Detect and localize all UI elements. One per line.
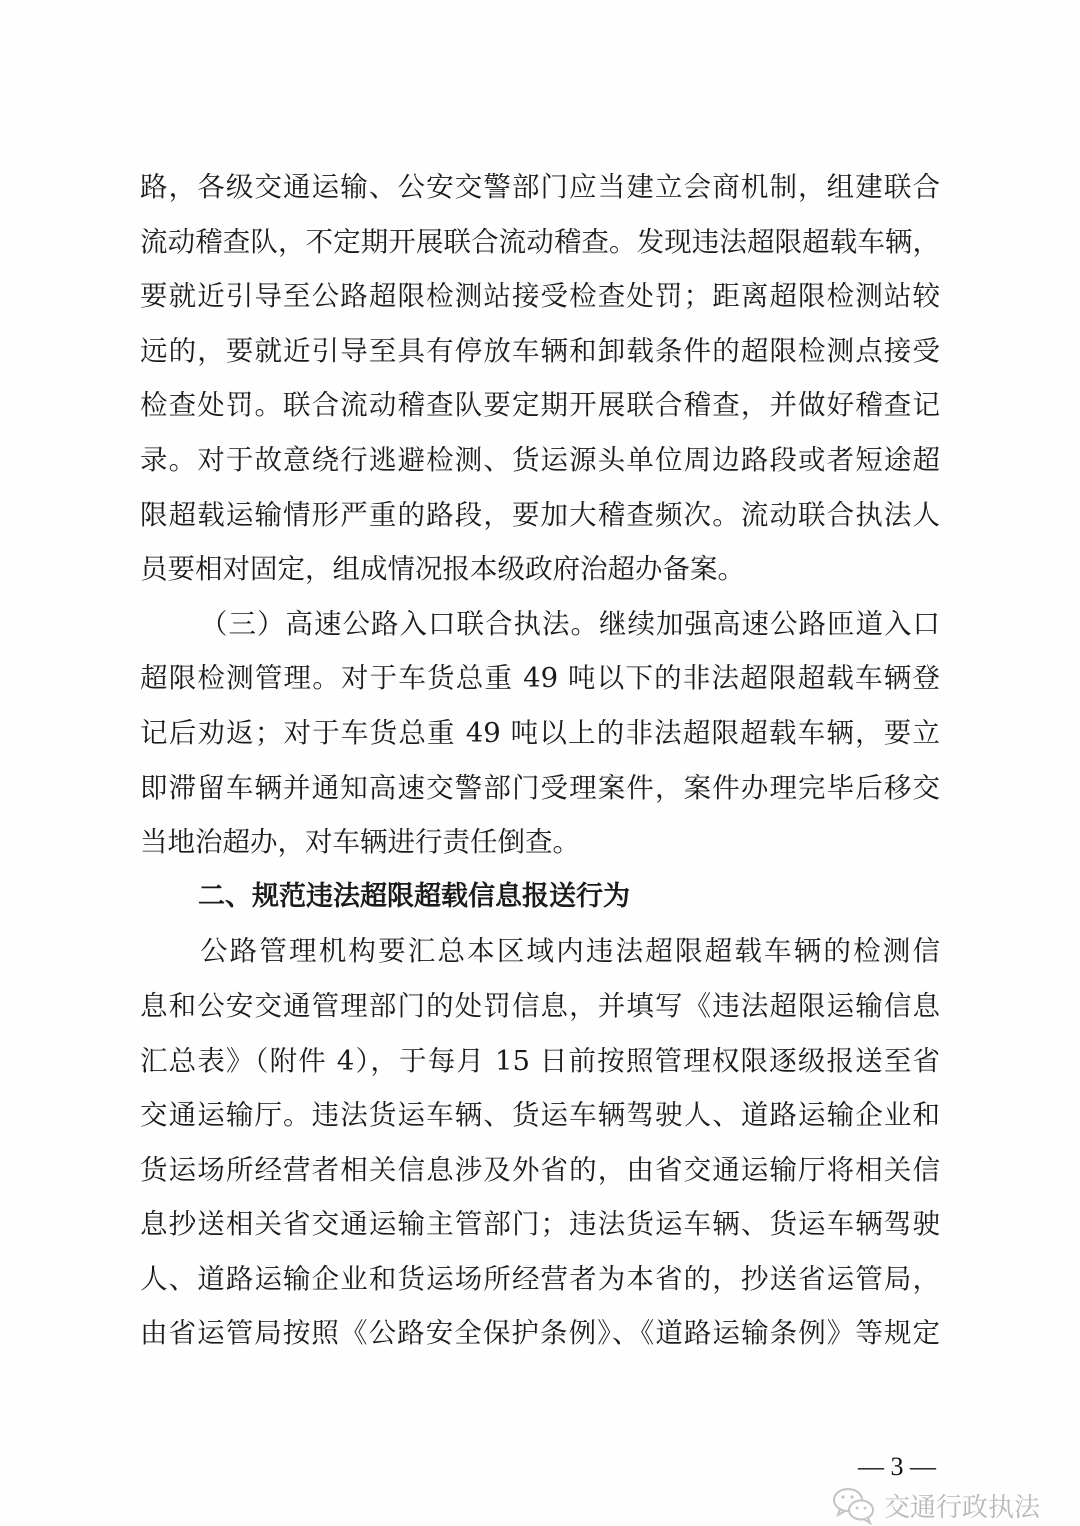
text-line: 超限检测管理。对于车货总重 49 吨以下的非法超限超载车辆登 bbox=[140, 651, 940, 706]
text-line: 远的，要就近引导至具有停放车辆和卸载条件的超限检测点接受 bbox=[140, 324, 940, 379]
text-line: 流动稽查队，不定期开展联合流动稽查。发现违法超限超载车辆， bbox=[140, 215, 940, 270]
text-line: 汇总表》（附件 4），于每月 15 日前按照管理权限逐级报送至省 bbox=[140, 1034, 940, 1089]
page-number: — 3 — bbox=[858, 1452, 936, 1482]
text-line: 即滞留车辆并通知高速交警部门受理案件，案件办理完毕后移交 bbox=[140, 761, 940, 816]
text-line: 息和公安交通管理部门的处罚信息，并填写《违法超限运输信息 bbox=[140, 979, 940, 1034]
text-line: 要就近引导至公路超限检测站接受检查处罚；距离超限检测站较 bbox=[140, 269, 940, 324]
text-line: 限超载运输情形严重的路段，要加大稽查频次。流动联合执法人 bbox=[140, 488, 940, 543]
text-line: 记后劝返；对于车货总重 49 吨以上的非法超限超载车辆，要立 bbox=[140, 706, 940, 761]
text-line: 货运场所经营者相关信息涉及外省的，由省交通运输厅将相关信 bbox=[140, 1143, 940, 1198]
document-body: 路，各级交通运输、公安交警部门应当建立会商机制，组建联合 流动稽查队，不定期开展… bbox=[140, 160, 940, 1361]
document-page: 路，各级交通运输、公安交警部门应当建立会商机制，组建联合 流动稽查队，不定期开展… bbox=[0, 0, 1080, 1526]
watermark: 交通行政执法 bbox=[832, 1480, 1040, 1526]
text-line: 公路管理机构要汇总本区域内违法超限超载车辆的检测信 bbox=[140, 924, 940, 979]
wechat-icon bbox=[832, 1485, 876, 1525]
section-heading: 二、规范违法超限超载信息报送行为 bbox=[140, 870, 940, 925]
text-line: 交通运输厅。违法货运车辆、货运车辆驾驶人、道路运输企业和 bbox=[140, 1088, 940, 1143]
text-line: 由省运管局按照《公路安全保护条例》、《道路运输条例》等规定 bbox=[140, 1306, 940, 1361]
text-line: 当地治超办，对车辆进行责任倒查。 bbox=[140, 815, 940, 870]
text-line: 路，各级交通运输、公安交警部门应当建立会商机制，组建联合 bbox=[140, 160, 940, 215]
text-line: 息抄送相关省交通运输主管部门；违法货运车辆、货运车辆驾驶 bbox=[140, 1197, 940, 1252]
watermark-text: 交通行政执法 bbox=[884, 1487, 1040, 1524]
text-line: 录。对于故意绕行逃避检测、货运源头单位周边路段或者短途超 bbox=[140, 433, 940, 488]
text-line: 检查处罚。联合流动稽查队要定期开展联合稽查，并做好稽查记 bbox=[140, 378, 940, 433]
section-subheading-line: （三）高速公路入口联合执法。继续加强高速公路匝道入口 bbox=[140, 597, 940, 652]
text-line: 人、道路运输企业和货运场所经营者为本省的，抄送省运管局， bbox=[140, 1252, 940, 1307]
text-line: 员要相对固定，组成情况报本级政府治超办备案。 bbox=[140, 542, 940, 597]
